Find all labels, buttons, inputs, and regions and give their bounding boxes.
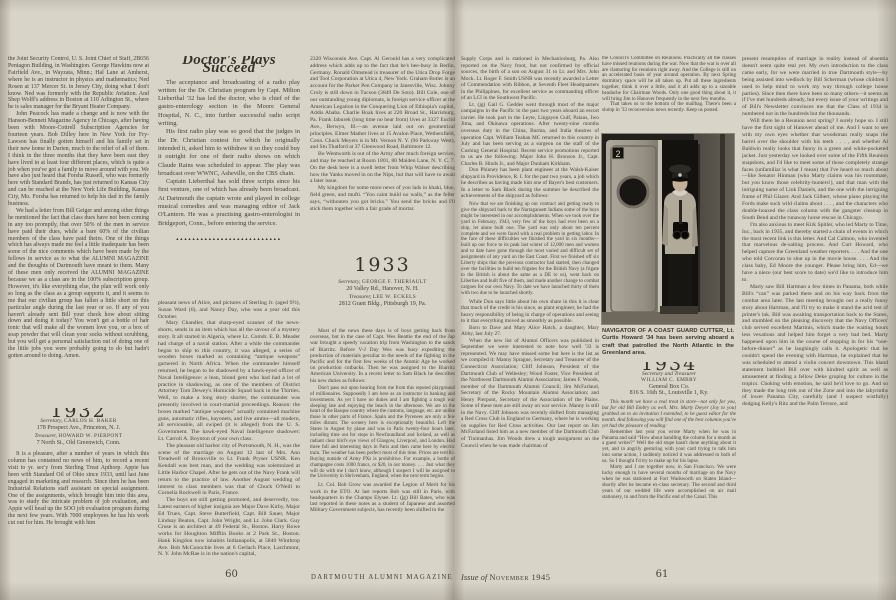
- body-paragraph: Supply Corps and is stationed in Mechani…: [461, 56, 599, 102]
- officer-role: Treasurer,: [35, 433, 57, 439]
- body-paragraph: Born to Dave and Mary Alice Hatch, a dau…: [461, 325, 599, 338]
- class-officers-1934: Secretary and Treasurer WILLIAM C. EMBRY…: [602, 371, 736, 396]
- officer-name: LEE W. ECKELS: [373, 294, 416, 300]
- column-1932-notes-continued: pleasant news of Alice, and pictures of …: [158, 300, 300, 572]
- officer-address: 178 Prospect Ave., Princeton, N. J.: [8, 425, 149, 432]
- body-paragraph: Don Phinney has been plant engineer at t…: [461, 167, 599, 200]
- officer-line: Secretary, GEORGE F. THERIAULT: [310, 279, 455, 286]
- body-paragraph: My kingdom for some more news of you lad…: [310, 185, 455, 212]
- body-paragraph: 2320 Wisconsin Ave. Capt. Al Gerould has…: [310, 56, 455, 151]
- body-paragraph: John Peacock has made a change and is no…: [8, 111, 149, 208]
- officer-address: 816 S. 16th St., Louisville 1, Ky.: [602, 390, 736, 396]
- body-paragraph: the Council's Committee on Reunions. Pra…: [602, 56, 736, 102]
- class-1934-section: 1934 Secretary and Treasurer WILLIAM C. …: [602, 362, 736, 574]
- officer-address: 20 Valley Rd., Hanover, N. H.: [310, 286, 455, 293]
- officer-role: Treasurer,: [349, 294, 371, 300]
- body-paragraph: Marty and I are together now, in San Fra…: [602, 465, 736, 500]
- officer-name: CARLOS H. BAKER: [64, 418, 117, 424]
- officer-address: 7 North St., Old Greenwich, Conn.: [8, 440, 149, 447]
- quoted-letter: Don't pass out upon hearing from me from…: [310, 386, 455, 481]
- feature-doctors-plays: Doctor's Plays Succeed The acceptance an…: [158, 56, 300, 296]
- column-1934-guest-letter: present resumption of marriage in realit…: [742, 56, 888, 568]
- officer-role: Secretary,: [40, 418, 62, 424]
- body-paragraph: I'm also anxious to meet Kirk Spitler, w…: [742, 222, 888, 284]
- column-1933-notes: Most of the news these days is of boys g…: [310, 328, 455, 574]
- body-paragraph: While Don says little about his own shar…: [461, 299, 599, 325]
- body-paragraph: When the new list of Alumni Officers was…: [461, 338, 599, 449]
- photo-illustration: 2: [602, 134, 734, 324]
- journal-name-footer: DARTMOUTH ALUMNI MAGAZINE: [306, 574, 458, 581]
- body-paragraph: We had a letter from Bill Geiger and amo…: [8, 208, 149, 360]
- issue-footer: Issue of November 1945: [461, 572, 550, 582]
- body-paragraph: Most of the news these days is of boys g…: [310, 328, 455, 384]
- class-officers-1932: Secretary, CARLOS H. BAKER 178 Prospect …: [8, 418, 149, 447]
- coast-guard-officer-photo: 2: [602, 134, 734, 324]
- body-paragraph: The pleasant old harbor city of Portsmou…: [158, 443, 300, 497]
- body-paragraph: Remember last year you wrote Marty when …: [602, 430, 736, 465]
- body-paragraph: Lt. Col. Bob Grow was awarded the Legion…: [310, 482, 455, 513]
- feature-paragraph: His first radio play was so good that th…: [158, 128, 300, 178]
- feature-paragraph: Captain Lieberthal has sold three script…: [158, 178, 300, 228]
- page-number-right: 61: [602, 569, 722, 580]
- class-year-heading-1932: 1932: [8, 408, 149, 415]
- officer-line: Treasurer, HOWARD W. PIERPONT: [8, 433, 149, 440]
- guest-editor-intro: This month we have a real treat in store…: [602, 400, 736, 430]
- body-paragraph: It is a pleasure, after a number of year…: [8, 451, 149, 527]
- body-paragraph: Will there be a Reunion next spring? I s…: [742, 118, 888, 222]
- column-1933-notes-continued: Supply Corps and is stationed in Mechani…: [461, 56, 599, 570]
- column-1933-notes-end: the Council's Committee on Reunions. Pra…: [602, 56, 736, 132]
- issue-name: November 1945: [489, 572, 550, 582]
- class-1933-section: 1933 Secretary, GEORGE F. THERIAULT 20 V…: [310, 254, 455, 328]
- triangle-divider: ▴▴▴▴▴▴▴▴▴▴▴▴▴▴▴▴▴▴▴▴▴▴▴▴▴▴: [158, 235, 300, 243]
- officer-role: Secretary,: [338, 279, 360, 285]
- issue-prefix: Issue of: [461, 572, 487, 582]
- class-year-heading-1933: 1933: [310, 254, 455, 276]
- body-paragraph: Marty saw Bill Hartman a few times in Pa…: [742, 284, 888, 408]
- feature-paragraph: The acceptance and broadcasting of a rad…: [158, 79, 300, 129]
- officer-name: HOWARD W. PIERPONT: [58, 433, 122, 439]
- officer-name: GEORGE F. THERIAULT: [362, 279, 427, 285]
- feature-title: Doctor's Plays Succeed: [158, 56, 300, 73]
- officer-line: Treasurer, LEE W. ECKELS: [310, 294, 455, 301]
- class-year-heading-1934: 1934: [602, 362, 736, 368]
- body-paragraph: Mary Chandler, that sharp-eyed scanner o…: [158, 320, 300, 442]
- officer-line: Secretary, CARLOS H. BAKER: [8, 418, 149, 425]
- body-paragraph: pleasant news of Alice, and pictures of …: [158, 300, 300, 320]
- body-paragraph: the Joint Security Control, U. S. Joint …: [8, 56, 149, 111]
- body-paragraph: Lt. (jg) Gail G. Geddes went through mos…: [461, 102, 599, 167]
- quoted-letter: Now that we are finishing up our contrac…: [461, 202, 599, 297]
- class-1932-section: 1932 Secretary, CARLOS H. BAKER 178 Pros…: [8, 408, 149, 574]
- door-number-plate: 2: [615, 149, 620, 159]
- body-paragraph: present resumption of marriage in realit…: [742, 56, 888, 118]
- photo-caption: NAVIGATOR OF A COAST GUARD CUTTER, Lt. C…: [602, 328, 734, 362]
- body-paragraph: That takes us to the bottom of the mailb…: [602, 102, 736, 114]
- body-paragraph: Bo Wentworth is out of the Army after mu…: [310, 151, 455, 185]
- magazine-spread: the Joint Security Control, U. S. Joint …: [0, 0, 896, 600]
- officer-address: 2812 Grant Bldg., Pittsburgh 19, Pa.: [310, 301, 455, 308]
- class-officers-1933: Secretary, GEORGE F. THERIAULT 20 Valley…: [310, 279, 455, 308]
- column-1932-notes: the Joint Security Control, U. S. Joint …: [8, 56, 149, 408]
- body-paragraph: The boys are still getting promoted, and…: [158, 497, 300, 558]
- column-1932-notes-end: 2320 Wisconsin Ave. Capt. Al Gerould has…: [310, 56, 455, 254]
